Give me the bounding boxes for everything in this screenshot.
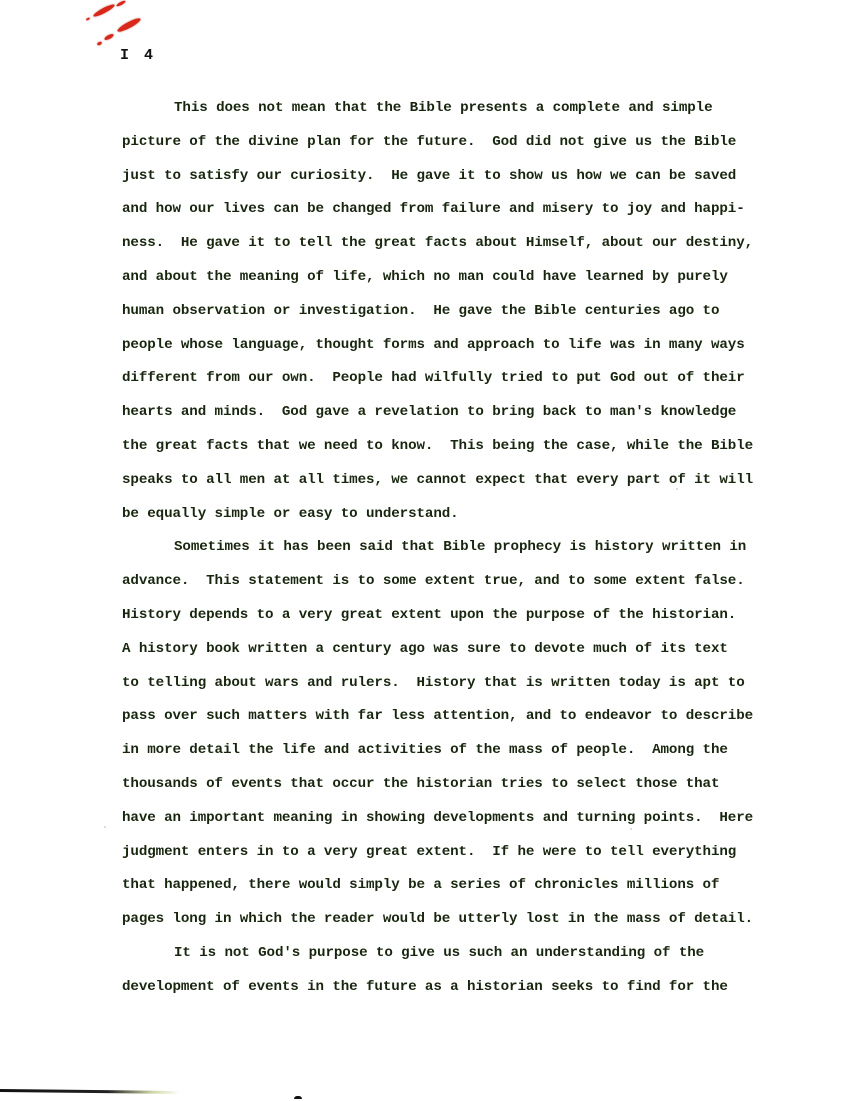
text-line: and how our lives can be changed from fa… [122,193,762,227]
text-line: just to satisfy our curiosity. He gave i… [122,160,762,194]
text-line: pages long in which the reader would be … [122,903,762,937]
text-line: It is not God's purpose to give us such … [122,937,762,971]
text-line: picture of the divine plan for the futur… [122,126,762,160]
text-line: have an important meaning in showing dev… [122,802,762,836]
text-line: pass over such matters with far less att… [122,700,762,734]
text-line: judgment enters in to a very great exten… [122,836,762,870]
text-line: hearts and minds. God gave a revelation … [122,396,762,430]
paragraph-1: This does not mean that the Bible presen… [122,92,762,531]
text-line: different from our own. People had wilfu… [122,362,762,396]
text-line: human observation or investigation. He g… [122,295,762,329]
text-line: Sometimes it has been said that Bible pr… [122,531,762,565]
text-line: advance. This statement is to some exten… [122,565,762,599]
red-ink-mark [86,17,90,21]
text-line: development of events in the future as a… [122,971,762,1005]
text-line: to telling about wars and rulers. Histor… [122,667,762,701]
text-line: in more detail the life and activities o… [122,734,762,768]
red-ink-mark [104,33,115,41]
text-line: that happened, there would simply be a s… [122,869,762,903]
scan-speck [104,826,106,828]
page-number: I 4 [120,47,156,64]
text-line: thousands of events that occur the histo… [122,768,762,802]
red-ink-mark [92,3,116,19]
scan-speck [676,488,678,490]
text-line: speaks to all men at all times, we canno… [122,464,762,498]
text-line: History depends to a very great extent u… [122,599,762,633]
scan-edge-mark [294,1096,302,1099]
text-line: ness. He gave it to tell the great facts… [122,227,762,261]
text-line: This does not mean that the Bible presen… [122,92,762,126]
scanned-page: I 4 This does not mean that the Bible pr… [0,0,854,1101]
text-line: the great facts that we need to know. Th… [122,430,762,464]
paragraph-3: It is not God's purpose to give us such … [122,937,762,1005]
scan-speck [630,828,632,830]
body-text: This does not mean that the Bible presen… [122,92,762,1005]
text-line: and about the meaning of life, which no … [122,261,762,295]
paragraph-2: Sometimes it has been said that Bible pr… [122,531,762,937]
red-ink-mark [116,0,126,7]
red-ink-mark [97,41,103,46]
text-line: A history book written a century ago was… [122,633,762,667]
scan-edge-line [0,1089,180,1094]
text-line: be equally simple or easy to understand. [122,498,762,532]
red-ink-mark [116,16,142,34]
text-line: people whose language, thought forms and… [122,329,762,363]
